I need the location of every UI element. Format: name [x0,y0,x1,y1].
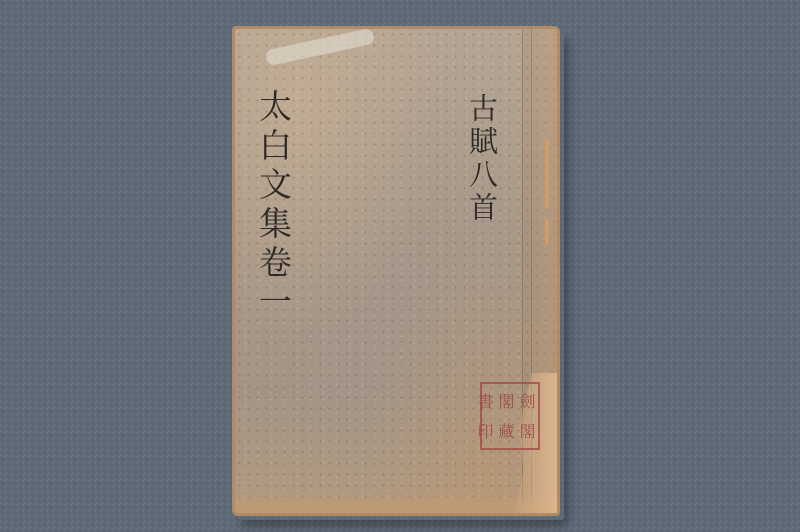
collector-seal: 劍 閣 閣 藏 書 印 [480,382,540,450]
seal-character: 閣 [495,386,515,416]
book-title: 太白文集卷一 [257,89,290,323]
binding-thread [545,139,549,209]
section-subtitle: 古賦八首 [467,93,496,225]
binding-thread [545,219,549,245]
seal-character: 印 [474,417,494,447]
seal-character: 劍 [516,386,536,416]
seal-character: 閣 [516,417,536,447]
seal-character: 藏 [495,417,515,447]
worn-bottom-edge [235,495,557,513]
torn-paper-patch [265,28,376,67]
seal-character: 書 [474,386,494,416]
book-cover: 太白文集卷一 古賦八首 劍 閣 閣 藏 書 印 [232,26,560,516]
